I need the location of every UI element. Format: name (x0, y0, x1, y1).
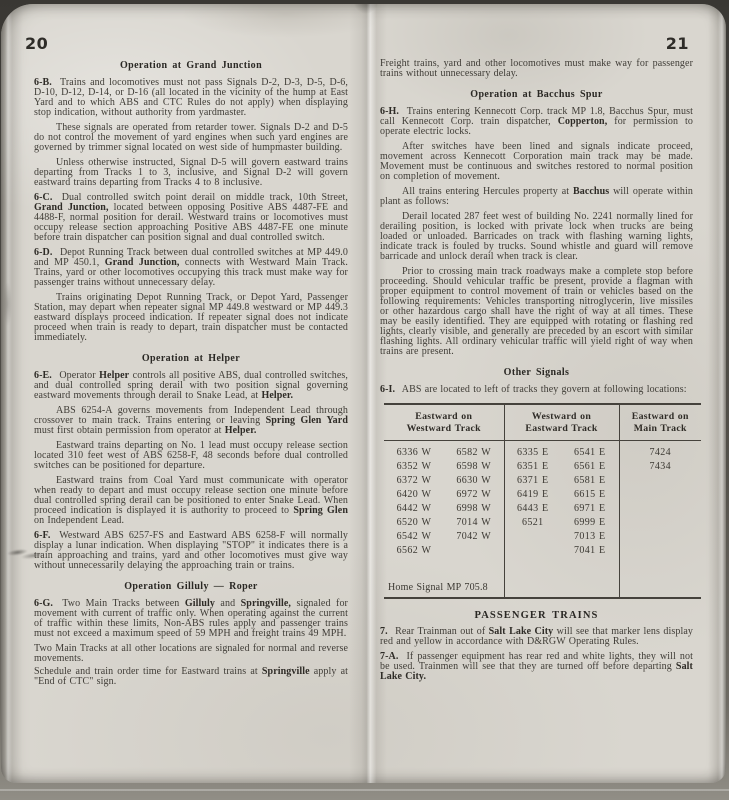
text-run: Two Main Tracks at all other locations a… (34, 643, 348, 664)
paragraph: 6-I. ABS are located to left of tracks t… (380, 385, 693, 395)
bold-text-run: Springville (262, 666, 310, 677)
bold-text-run: Bacchus (573, 186, 609, 197)
paragraph: 6-B. Trains and locomotives must not pas… (34, 78, 348, 118)
text-run: If passenger equipment has rear red and … (380, 651, 693, 672)
text-run: These signals are operated from retarder… (34, 122, 348, 153)
table-cell: 6336 W (384, 441, 444, 460)
table-header-cell: Eastward onWestward Track (384, 404, 504, 441)
section-heading: PASSENGER TRAINS (380, 611, 693, 621)
scanned-book-scene: 20 21 Operation at Grand Junction6-B. Tr… (0, 0, 729, 800)
paragraph: Two Main Tracks at all other locations a… (34, 644, 348, 664)
table-cell (619, 502, 701, 516)
table-header-line: Eastward Track (507, 423, 617, 435)
table-cell: 7013 E (561, 530, 619, 544)
paragraph: 6-F. Westward ABS 6257-FS and Eastward A… (34, 531, 348, 571)
right-page-content: Freight trains, yard and other locomotiv… (380, 59, 693, 687)
scan-stain-left-margin (1, 244, 17, 364)
table-header-line: Westward on (507, 411, 617, 423)
table-cell (619, 474, 701, 488)
table-footer-home-signal: Home Signal MP 705.8 (384, 558, 504, 598)
paragraph: Eastward trains departing on No. 1 lead … (34, 441, 348, 471)
table-cell: 6419 E (504, 488, 561, 502)
paragraph: Schedule and train order time for Eastwa… (34, 667, 348, 687)
table-cell: 6630 W (444, 474, 504, 488)
table-cell: 6521 (504, 516, 561, 530)
table-cell (504, 544, 561, 558)
table-header-cell: Westward onEastward Track (504, 404, 619, 441)
table-footer-row: Home Signal MP 705.8 (384, 558, 701, 598)
paragraph: 7-A. If passenger equipment has rear red… (380, 652, 693, 682)
table-cell: 6972 W (444, 488, 504, 502)
paragraph: 6-C. Dual controlled switch point derail… (34, 193, 348, 243)
table-cell (619, 516, 701, 530)
table-header-cell: Eastward onMain Track (619, 404, 701, 441)
left-page-content: Operation at Grand Junction6-B. Trains a… (34, 59, 348, 689)
table-cell: 6971 E (561, 502, 619, 516)
table-cell: 6561 E (561, 460, 619, 474)
table-row: 6520 W7014 W65216999 E (384, 516, 701, 530)
bold-text-run: Helper. (261, 390, 293, 401)
paragraph: All trains entering Hercules property at… (380, 187, 693, 207)
table-header-line: Westward Track (386, 423, 502, 435)
table-header-line: Main Track (622, 423, 700, 435)
paragraph: 7. Rear Trainman out of Salt Lake City w… (380, 627, 693, 647)
table-row: 6562 W7041 E (384, 544, 701, 558)
table-cell: 6542 W (384, 530, 444, 544)
text-run: ABS are located to left of tracks they g… (399, 384, 686, 395)
bold-text-run: Spring Glen (293, 505, 348, 516)
table-cell: 7042 W (444, 530, 504, 544)
page-edge-left (1, 4, 23, 783)
paragraph: After switches have been lined and signa… (380, 142, 693, 182)
text-run: Prior to crossing main track roadways ma… (380, 266, 693, 357)
text-run: Derail located 287 feet west of building… (380, 211, 693, 262)
table-cell: 6335 E (504, 441, 561, 460)
text-run: After switches have been lined and signa… (380, 141, 693, 182)
text-run: Trains originating Depot Running Track, … (34, 292, 348, 343)
table-cell (444, 544, 504, 558)
bold-text-run: 6-I. (380, 384, 395, 395)
table-footer-empty (619, 558, 701, 598)
paragraph: 6-D. Depot Running Track between dual co… (34, 248, 348, 288)
page-number-right: 21 (655, 34, 689, 53)
table-header-line: Eastward on (386, 411, 502, 423)
table-row: 6352 W6598 W6351 E6561 E7434 (384, 460, 701, 474)
table-cell: 6541 E (561, 441, 619, 460)
table-row: 6542 W7042 W7013 E (384, 530, 701, 544)
paragraph: Trains originating Depot Running Track, … (34, 293, 348, 343)
table-row: 6372 W6630 W6371 E6581 E (384, 474, 701, 488)
scan-stain-top (181, 4, 391, 38)
table-cell: 6372 W (384, 474, 444, 488)
booklet-spread: 20 21 Operation at Grand Junction6-B. Tr… (1, 4, 726, 783)
text-run: Eastward trains departing on No. 1 lead … (34, 440, 348, 471)
section-heading: Operation at Helper (34, 354, 348, 364)
desk-edge-highlight (0, 789, 729, 791)
paragraph: Derail located 287 feet west of building… (380, 212, 693, 262)
text-run: Westward ABS 6257-FS and Eastward ABS 62… (34, 530, 348, 571)
table-cell: 6562 W (384, 544, 444, 558)
table-cell: 7014 W (444, 516, 504, 530)
text-run: Freight trains, yard and other locomotiv… (380, 58, 693, 79)
paragraph: 6-H. Trains entering Kennecott Corp. tra… (380, 107, 693, 137)
table-cell: 6520 W (384, 516, 444, 530)
table-row: 6442 W6998 W6443 E6971 E (384, 502, 701, 516)
bold-text-run: Copperton, (558, 116, 608, 127)
page-number-left: 20 (25, 34, 48, 53)
paragraph: Unless otherwise instructed, Signal D-5 … (34, 158, 348, 188)
table-cell: 6615 E (561, 488, 619, 502)
table-cell (619, 544, 701, 558)
section-heading: Operation at Bacchus Spur (380, 90, 693, 100)
bold-text-run: Spring Glen Yard (266, 415, 348, 426)
table-cell: 6581 E (561, 474, 619, 488)
paragraph: Eastward trains from Coal Yard must comm… (34, 476, 348, 526)
paragraph: ABS 6254-A governs movements from Indepe… (34, 406, 348, 436)
table-row: 6420 W6972 W6419 E6615 E (384, 488, 701, 502)
paragraph: Prior to crossing main track roadways ma… (380, 267, 693, 357)
text-run: on Independent Lead. (34, 515, 124, 526)
table-row: 6336 W6582 W6335 E6541 E7424 (384, 441, 701, 460)
table-cell: 6582 W (444, 441, 504, 460)
table-cell: 6420 W (384, 488, 444, 502)
gutter-top-notch (353, 4, 379, 14)
table-cell: 7434 (619, 460, 701, 474)
section-heading: Other Signals (380, 368, 693, 378)
table-cell: 6352 W (384, 460, 444, 474)
table-header-row: Eastward onWestward TrackWestward onEast… (384, 404, 701, 441)
table-cell: 6598 W (444, 460, 504, 474)
table-header-line: Eastward on (622, 411, 700, 423)
table-cell: 6998 W (444, 502, 504, 516)
table-cell (504, 530, 561, 544)
text-run: Trains and locomotives must not pass Sig… (34, 77, 348, 118)
table-cell (619, 530, 701, 544)
section-heading: Operation at Grand Junction (34, 61, 348, 71)
page-edge-right (708, 4, 726, 783)
text-run: must first obtain permission from operat… (34, 425, 225, 436)
paragraph: 6-G. Two Main Tracks between Gilluly and… (34, 599, 348, 639)
table-cell: 6371 E (504, 474, 561, 488)
text-run: Unless otherwise instructed, Signal D-5 … (34, 157, 348, 188)
table-cell: 6443 E (504, 502, 561, 516)
table-cell (619, 488, 701, 502)
table-cell: 7424 (619, 441, 701, 460)
table-cell: 7041 E (561, 544, 619, 558)
table-cell: 6999 E (561, 516, 619, 530)
table-footer-empty (504, 558, 619, 598)
table-cell: 6351 E (504, 460, 561, 474)
section-heading: Operation Gilluly — Roper (34, 582, 348, 592)
bold-text-run: Helper. (225, 425, 257, 436)
paragraph: These signals are operated from retarder… (34, 123, 348, 153)
signal-locations-table: Eastward onWestward TrackWestward onEast… (384, 403, 701, 599)
paragraph: 6-E. Operator Helper controls all positi… (34, 371, 348, 401)
paragraph: Freight trains, yard and other locomotiv… (380, 59, 693, 79)
table-cell: 6442 W (384, 502, 444, 516)
